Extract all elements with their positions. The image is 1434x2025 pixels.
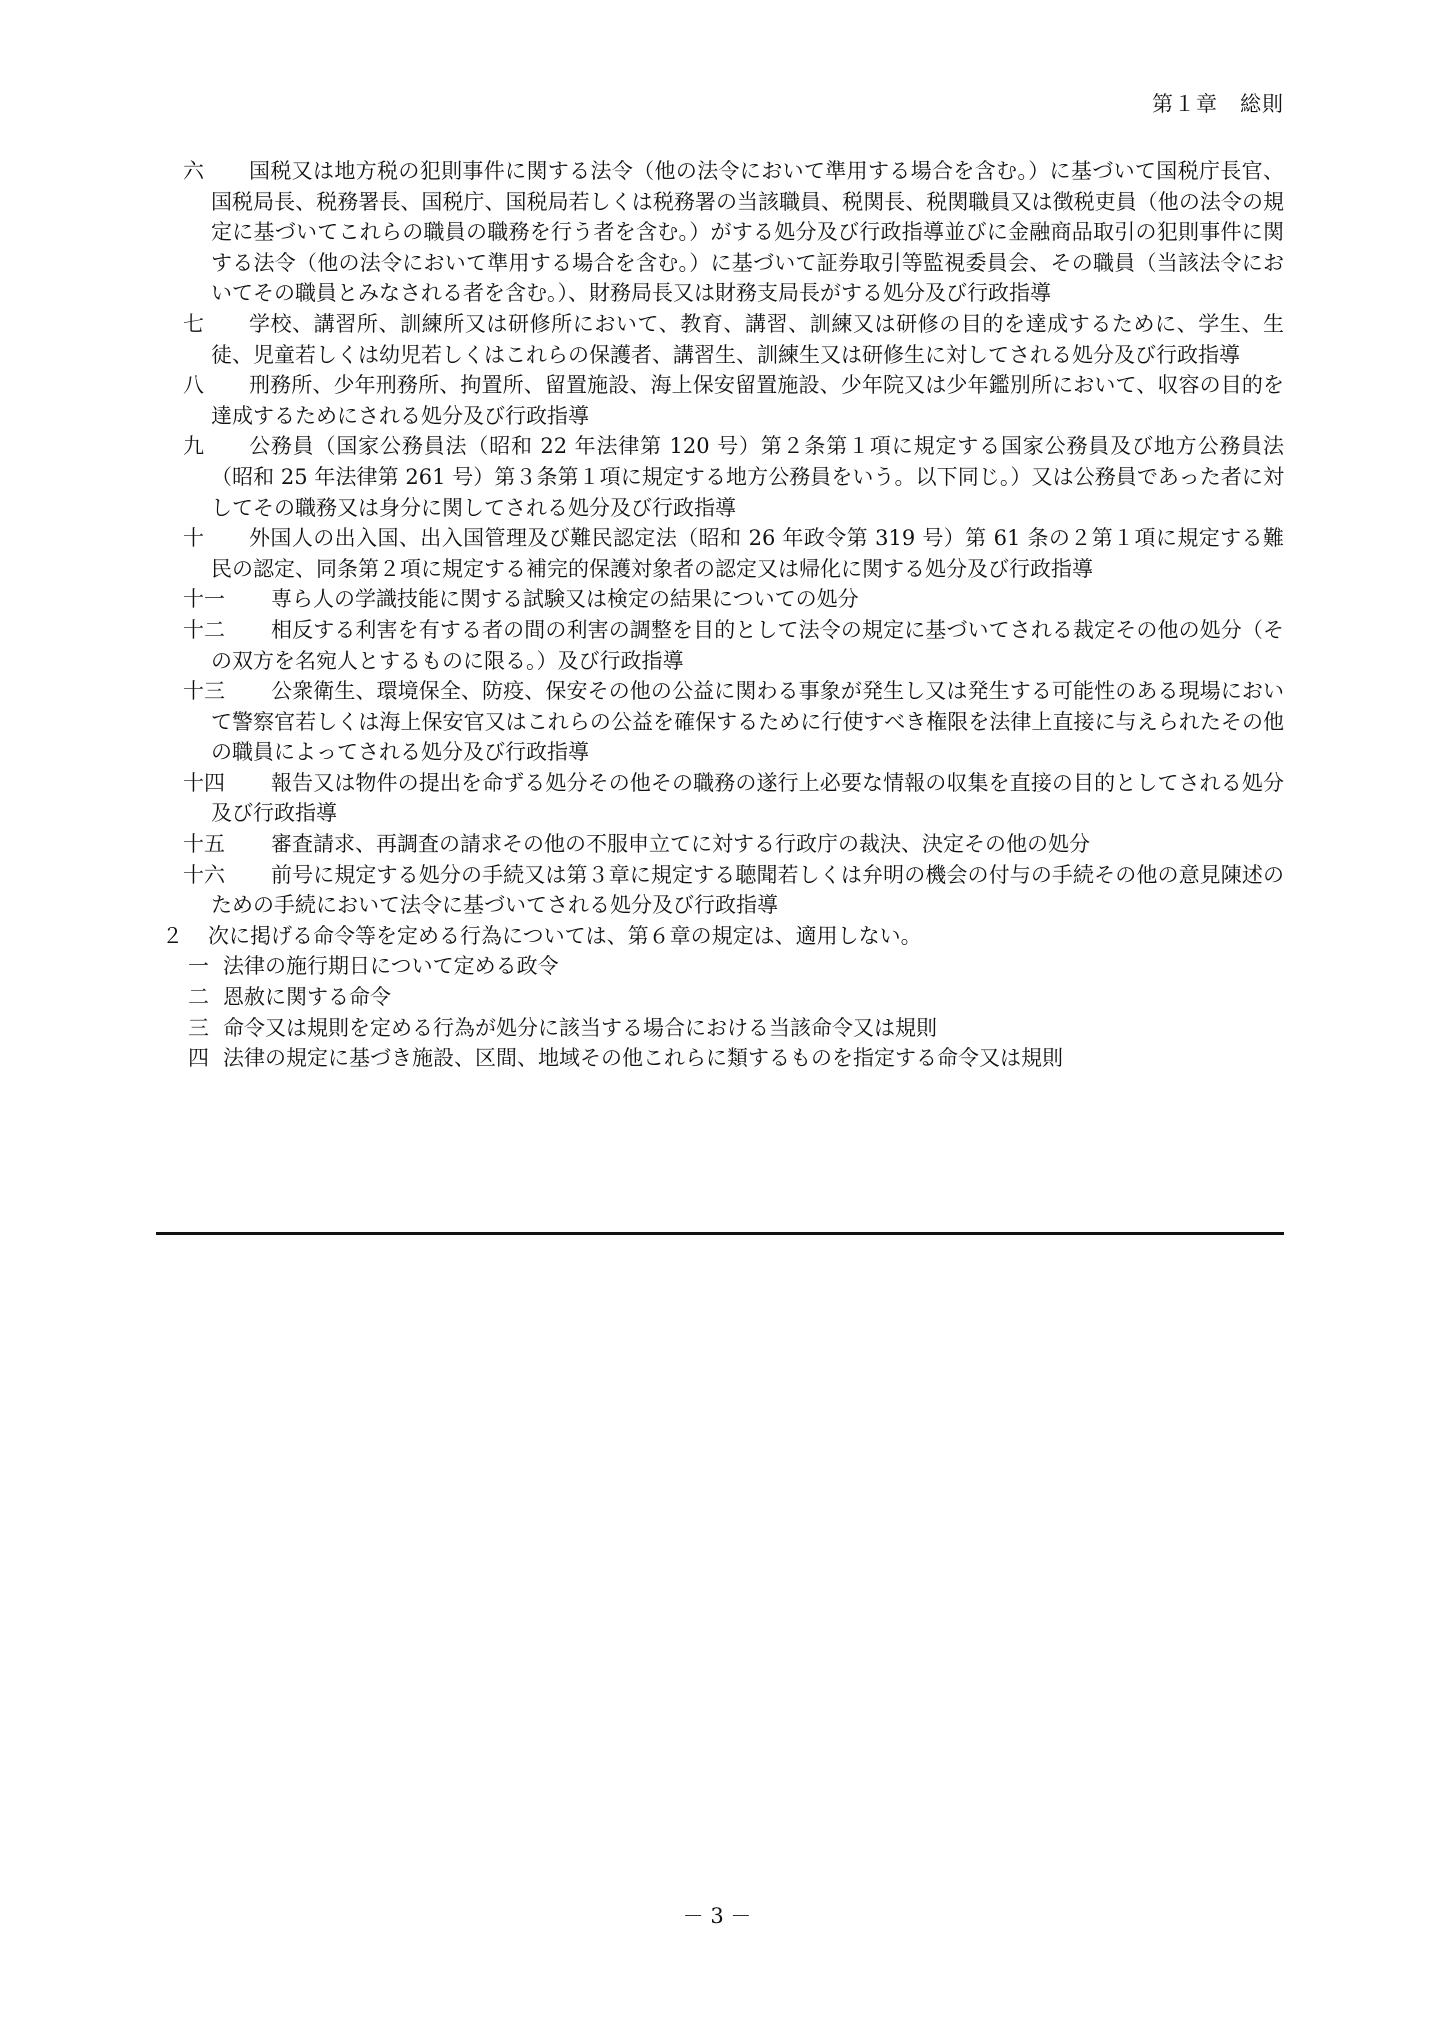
item-text: 公衆衛生、環境保全、防疫、保安その他の公益に関わる事象が発生し又は発生する可能性… (183, 676, 1284, 768)
item-number: 七 (183, 309, 204, 340)
item-number: 十三 (183, 676, 225, 707)
document-page: 第１章総則 六 国税又は地方税の犯則事件に関する法令（他の法令において準用する場… (0, 0, 1434, 2025)
item-text: 前号に規定する処分の手続又は第３章に規定する聴聞若しくは弁明の機会の付与の手続そ… (183, 860, 1284, 921)
chapter-number: 第１章 (1152, 92, 1218, 116)
chapter-title: 総則 (1240, 92, 1284, 116)
paragraph-2: ２ 次に掲げる命令等を定める行為については、第６章の規定は、適用しない。 (156, 921, 1284, 952)
sub-item: 一 法律の施行期日について定める政令 (156, 951, 1284, 982)
sub-item-number: 三 (188, 1013, 209, 1044)
sub-item: 三 命令又は規則を定める行為が処分に該当する場合における当該命令又は規則 (156, 1013, 1284, 1044)
sub-item-text: 法律の施行期日について定める政令 (189, 951, 1284, 982)
list-item: 七 学校、講習所、訓練所又は研修所において、教育、講習、訓練又は研修の目的を達成… (156, 309, 1284, 370)
paragraph-number: ２ (162, 921, 183, 952)
list-item: 十四 報告又は物件の提出を命ずる処分その他その職務の遂行上必要な情報の収集を直接… (156, 768, 1284, 829)
section-end-rule (156, 1232, 1284, 1235)
item-number: 十五 (183, 829, 225, 860)
item-text: 相反する利害を有する者の間の利害の調整を目的として法令の規定に基づいてされる裁定… (183, 615, 1284, 676)
item-number: 十一 (183, 584, 225, 615)
paragraph-text: 次に掲げる命令等を定める行為については、第６章の規定は、適用しない。 (182, 921, 1284, 952)
list-item: 十五 審査請求、再調査の請求その他の不服申立てに対する行政庁の裁決、決定その他の… (156, 829, 1284, 860)
item-text: 外国人の出入国、出入国管理及び難民認定法（昭和 26 年政令第 319 号）第 … (183, 523, 1284, 584)
sub-item-text: 恩赦に関する命令 (189, 982, 1284, 1013)
item-text: 専ら人の学識技能に関する試験又は検定の結果についての処分 (183, 584, 1284, 615)
running-header: 第１章総則 (1152, 88, 1284, 118)
sub-item: 二 恩赦に関する命令 (156, 982, 1284, 1013)
sub-item-number: 四 (188, 1043, 209, 1074)
sub-item-number: 二 (188, 982, 209, 1013)
list-item: 十二 相反する利害を有する者の間の利害の調整を目的として法令の規定に基づいてされ… (156, 615, 1284, 676)
list-item: 八 刑務所、少年刑務所、拘置所、留置施設、海上保安留置施設、少年院又は少年鑑別所… (156, 370, 1284, 431)
item-number: 十二 (183, 615, 225, 646)
item-number: 九 (183, 431, 204, 462)
list-item: 十 外国人の出入国、出入国管理及び難民認定法（昭和 26 年政令第 319 号）… (156, 523, 1284, 584)
page-number: － 3 － (0, 1900, 1434, 1930)
list-item: 十三 公衆衛生、環境保全、防疫、保安その他の公益に関わる事象が発生し又は発生する… (156, 676, 1284, 768)
item-text: 刑務所、少年刑務所、拘置所、留置施設、海上保安留置施設、少年院又は少年鑑別所にお… (183, 370, 1284, 431)
item-number: 十 (183, 523, 204, 554)
list-item: 九 公務員（国家公務員法（昭和 22 年法律第 120 号）第２条第１項に規定す… (156, 431, 1284, 523)
list-item: 十六 前号に規定する処分の手続又は第３章に規定する聴聞若しくは弁明の機会の付与の… (156, 860, 1284, 921)
item-number: 六 (183, 156, 204, 187)
document-body: 六 国税又は地方税の犯則事件に関する法令（他の法令において準用する場合を含む。）… (156, 156, 1284, 1074)
item-text: 報告又は物件の提出を命ずる処分その他その職務の遂行上必要な情報の収集を直接の目的… (183, 768, 1284, 829)
item-number: 八 (183, 370, 204, 401)
item-text: 学校、講習所、訓練所又は研修所において、教育、講習、訓練又は研修の目的を達成する… (183, 309, 1284, 370)
sub-item-text: 命令又は規則を定める行為が処分に該当する場合における当該命令又は規則 (189, 1013, 1284, 1044)
sub-item-text: 法律の規定に基づき施設、区間、地域その他これらに類するものを指定する命令又は規則 (189, 1043, 1284, 1074)
sub-item-number: 一 (188, 951, 209, 982)
list-item: 六 国税又は地方税の犯則事件に関する法令（他の法令において準用する場合を含む。）… (156, 156, 1284, 309)
item-text: 公務員（国家公務員法（昭和 22 年法律第 120 号）第２条第１項に規定する国… (183, 431, 1284, 523)
list-item: 十一 専ら人の学識技能に関する試験又は検定の結果についての処分 (156, 584, 1284, 615)
item-number: 十六 (183, 860, 225, 891)
item-number: 十四 (183, 768, 225, 799)
item-text: 国税又は地方税の犯則事件に関する法令（他の法令において準用する場合を含む。）に基… (183, 156, 1284, 309)
item-text: 審査請求、再調査の請求その他の不服申立てに対する行政庁の裁決、決定その他の処分 (183, 829, 1284, 860)
sub-item: 四 法律の規定に基づき施設、区間、地域その他これらに類するものを指定する命令又は… (156, 1043, 1284, 1074)
